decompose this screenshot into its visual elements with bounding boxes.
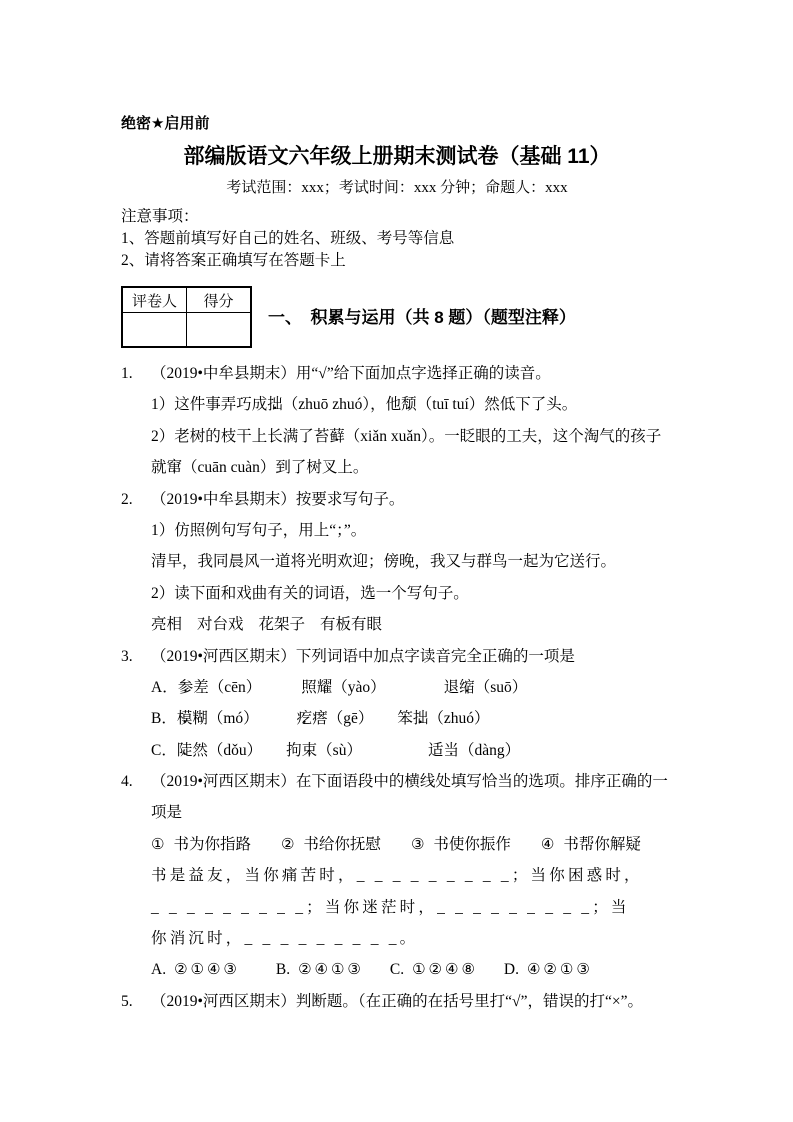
text-segment: ；当 [592,899,629,916]
spacer [519,973,527,974]
text-segment: 你消沉时， [151,930,245,947]
text-segment: 清早，我同晨风一道将光明欢迎；傍晚，我又与群鸟一起为它送行。 [151,553,616,570]
emphasis-dotted-char: 藓 [329,421,345,452]
text-segment: （2019•河西区期末）判断题。（在正确的在括号里打“√”，错误的打“×”。 [151,993,643,1010]
text-segment: C． [151,742,177,759]
spacer [362,754,428,755]
text-segment: （yào） [332,679,385,696]
text-segment: ；当你迷茫时， [306,899,437,916]
question-text: ①书为你指路②书给你抚慰③书使你振作④书帮你解疑 [151,836,641,853]
text-segment: _ _ _ _ _ _ _ _ _ [245,930,400,947]
emphasis-dotted-char: 参 [178,672,194,703]
question-stem: 2.（2019•中牟县期末）按要求写句子。 [121,484,673,515]
emphasis-dotted-char: 当 [443,735,459,766]
section-heading: 一、 积累与运用（共 8 题）（题型注释） [268,306,576,348]
text-segment: 适 [428,742,444,759]
emphasis-dotted-char: 耀 [317,672,333,703]
text-segment: 书是益友，当你痛苦时， [151,867,357,884]
question-text: 你消沉时，_ _ _ _ _ _ _ _ _。 [151,930,418,947]
question-number: 1. [121,358,151,389]
question-3: 3.（2019•河西区期末）下列词语中加点字读音完全正确的一项是A．参差（cēn… [121,641,673,767]
emphasis-dotted-char: 颓 [401,389,417,420]
question-line: B．模糊（mó）疙瘩（gē）笨拙（zhuó） [121,703,673,734]
questions-list: 1.（2019•中牟县期末）用“√”给下面加点字选择正确的读音。1）这件事弄巧成… [121,358,673,1017]
question-line: C．陡然（dǒu）拘束（sù）适当（dàng） [121,735,673,766]
text-segment: 瘩（gē） [312,710,373,727]
question-text: 2）老树的枝干上长满了苔藓（xiǎn xuǎn）。一眨眼的工夫，这个淘气的孩子 [151,428,661,445]
question-4: 4.（2019•河西区期末）在下面语段中的横线处填写恰当的选项。排序正确的一项是… [121,766,673,986]
text-segment: ②④①③ [298,960,364,978]
question-5: 5.（2019•河西区期末）判断题。（在正确的在括号里打“√”，错误的打“×”。 [121,986,673,1017]
text-segment: （zhuō zhuó），他 [283,396,401,413]
emphasis-dotted-char: 模 [177,703,193,734]
text-segment: 照 [301,679,317,696]
question-line: 书是益友，当你痛苦时，_ _ _ _ _ _ _ _ _；当你困惑时， [121,860,673,891]
emphasis-dotted-char: 束 [302,735,318,766]
question-text: C．陡然（dǒu）拘束（sù）适当（dàng） [151,742,520,759]
text-segment: 然（dǒu） [192,742,262,759]
spacer [404,973,412,974]
question-text: 项是 [151,804,182,821]
spacer [240,973,276,974]
score-table-cell-grader [122,313,187,348]
text-segment: 笨 [397,710,413,727]
score-table-value-row [122,313,251,348]
text-segment: （2019•中牟县期末）用“√”给下面加点字选择正确的读音。 [151,365,551,382]
text-segment: ① [151,835,167,853]
text-segment: 书为你指路 [173,836,251,853]
score-table: 评卷人 得分 [121,286,252,348]
text-segment: 糊（mó） [192,710,258,727]
question-line: 2）读下面和戏曲有关的词语，选一个写句子。 [121,578,673,609]
text-segment: 亮相 [151,616,182,633]
emphasis-dotted-char: 窜 [167,452,183,483]
text-segment: ①②④⑧ [412,960,478,978]
text-segment: 退 [444,679,460,696]
text-segment: （2019•河西区期末）下列词语中加点字读音完全正确的一项是 [151,648,575,665]
question-text: _ _ _ _ _ _ _ _ _；当你迷茫时，_ _ _ _ _ _ _ _ … [151,899,630,916]
text-segment: （xiǎn xuǎn）。一眨眼的工夫，这个淘气的孩子 [345,428,661,445]
grader-section: 评卷人 得分 一、 积累与运用（共 8 题）（题型注释） [121,286,673,348]
exam-document-page: 绝密★启用前 部编版语文六年级上册期末测试卷（基础 11） 考试范围：xxx；考… [0,0,793,1017]
question-text: （2019•中牟县期末）按要求写句子。 [151,484,404,515]
question-stem: 1.（2019•中牟县期末）用“√”给下面加点字选择正确的读音。 [121,358,673,389]
question-line: _ _ _ _ _ _ _ _ _；当你迷茫时，_ _ _ _ _ _ _ _ … [121,892,673,923]
text-segment: _ _ _ _ _ _ _ _ _ [151,899,306,916]
score-table-cell-score [187,313,252,348]
question-text: 1）这件事弄巧成拙（zhuō zhuó），他颓（tuī tuí）然低下了头。 [151,396,577,413]
spacer [381,848,411,849]
text-segment: 有板有眼 [320,616,382,633]
text-segment: （tuī tuí）然低下了头。 [417,396,578,413]
score-table-header-grader: 评卷人 [122,287,187,313]
text-segment: 2）读下面和戏曲有关的词语，选一个写句子。 [151,585,469,602]
text-segment: B． [151,710,177,727]
question-line: 就窜（cuān cuàn）到了树叉上。 [121,452,673,483]
question-line: 1）仿照例句写句子，用上“；”。 [121,515,673,546]
question-text: （2019•河西区期末）在下面语段中的横线处填写恰当的选项。排序正确的一 [151,766,668,797]
question-line: A．参差（cēn）照耀（yào）退缩（suō） [121,672,673,703]
question-line: 项是 [121,797,673,828]
question-text: （2019•中牟县期末）用“√”给下面加点字选择正确的读音。 [151,358,551,389]
text-segment: C. [390,961,404,978]
text-segment: A. [151,961,166,978]
text-segment: （cuān cuàn）到了树叉上。 [182,459,368,476]
note-item-2: 2、请将答案正确填写在答题卡上 [121,250,673,272]
question-line: A.②①④③B.②④①③C.①②④⑧D.④②①③ [121,954,673,985]
text-segment: （2019•中牟县期末）按要求写句子。 [151,491,404,508]
text-segment: 1）这件事弄巧成 [151,396,267,413]
question-2: 2.（2019•中牟县期末）按要求写句子。1）仿照例句写句子，用上“；”。清早，… [121,484,673,641]
text-segment: 书使你振作 [433,836,511,853]
question-text: 1）仿照例句写句子，用上“；”。 [151,522,366,539]
question-text: 就窜（cuān cuàn）到了树叉上。 [151,459,368,476]
page-title: 部编版语文六年级上册期末测试卷（基础 11） [121,143,673,171]
text-segment: 项是 [151,804,182,821]
spacer [262,754,286,755]
text-segment: 就 [151,459,167,476]
spacer [386,691,444,692]
question-line: 亮相对台戏花架子有板有眼 [121,609,673,640]
text-segment: （dàng） [459,742,520,759]
question-text: 清早，我同晨风一道将光明欢迎；傍晚，我又与群鸟一起为它送行。 [151,553,616,570]
spacer [364,973,390,974]
question-1: 1.（2019•中牟县期末）用“√”给下面加点字选择正确的读音。1）这件事弄巧成… [121,358,673,484]
exam-info-line: 考试范围：xxx；考试时间：xxx 分钟；命题人：xxx [121,178,673,199]
question-text: （2019•河西区期末）判断题。（在正确的在括号里打“√”，错误的打“×”。 [151,986,643,1017]
emphasis-dotted-char: 拙 [267,389,283,420]
text-segment: A． [151,679,178,696]
question-line: 你消沉时，_ _ _ _ _ _ _ _ _。 [121,923,673,954]
spacer [373,722,397,723]
question-text: A．参差（cēn）照耀（yào）退缩（suō） [151,679,527,696]
emphasis-dotted-char: 陡 [177,735,193,766]
spacer [244,628,259,629]
text-segment: 花架子 [259,616,306,633]
emphasis-dotted-char: 缩 [459,672,475,703]
text-segment: （2019•河西区期末）在下面语段中的横线处填写恰当的选项。排序正确的一 [151,773,668,790]
text-segment: ④ [541,835,557,853]
text-segment: （suō） [475,679,528,696]
text-segment: ③ [411,835,427,853]
spacer [305,628,320,629]
question-stem: 5.（2019•河西区期末）判断题。（在正确的在括号里打“√”，错误的打“×”。 [121,986,673,1017]
spacer [261,691,301,692]
text-segment: B. [276,961,290,978]
score-table-header-score: 得分 [187,287,252,313]
emphasis-dotted-char: 疙 [297,703,313,734]
spacer [478,973,504,974]
note-item-1: 1、答题前填写好自己的姓名、班级、考号等信息 [121,228,673,250]
question-number: 3. [121,641,151,672]
question-text: B．模糊（mó）疙瘩（gē）笨拙（zhuó） [151,710,490,727]
text-segment: 书给你抚慰 [303,836,381,853]
question-line: ①书为你指路②书给你抚慰③书使你振作④书帮你解疑 [121,829,673,860]
text-segment: _ _ _ _ _ _ _ _ _ [437,899,592,916]
text-segment: ② [281,835,297,853]
question-number: 5. [121,986,151,1017]
text-segment: D. [504,961,519,978]
text-segment: 2）老树的枝干上长满了苔 [151,428,329,445]
text-segment: ②①④③ [174,960,240,978]
spacer [182,628,197,629]
text-segment: ④②①③ [527,960,593,978]
text-segment: 差（cēn） [193,679,261,696]
text-segment: 拘 [286,742,302,759]
spacer [511,848,541,849]
question-number: 2. [121,484,151,515]
notes-heading: 注意事项： [121,206,673,228]
spacer [251,848,281,849]
question-number: 4. [121,766,151,797]
classification-label: 绝密★启用前 [121,114,673,134]
question-text: （2019•河西区期末）下列词语中加点字读音完全正确的一项是 [151,641,575,672]
text-segment: 对台戏 [197,616,244,633]
question-line: 2）老树的枝干上长满了苔藓（xiǎn xuǎn）。一眨眼的工夫，这个淘气的孩子 [121,421,673,452]
text-segment: _ _ _ _ _ _ _ _ _ [357,867,512,884]
text-segment: ；当你困惑时， [512,867,643,884]
question-text: 亮相对台戏花架子有板有眼 [151,616,382,633]
question-line: 1）这件事弄巧成拙（zhuō zhuó），他颓（tuī tuí）然低下了头。 [121,389,673,420]
question-line: 清早，我同晨风一道将光明欢迎；傍晚，我又与群鸟一起为它送行。 [121,546,673,577]
question-text: 2）读下面和戏曲有关的词语，选一个写句子。 [151,585,469,602]
text-segment: （zhuó） [428,710,489,727]
question-text: A.②①④③B.②④①③C.①②④⑧D.④②①③ [151,961,593,978]
spacer [290,973,298,974]
text-segment: 书帮你解疑 [563,836,641,853]
question-stem: 4.（2019•河西区期末）在下面语段中的横线处填写恰当的选项。排序正确的一 [121,766,673,797]
text-segment: （sù） [317,742,362,759]
spacer [259,722,297,723]
spacer [166,973,174,974]
emphasis-dotted-char: 拙 [413,703,429,734]
text-segment: 1）仿照例句写句子，用上“；”。 [151,522,366,539]
question-text: 书是益友，当你痛苦时，_ _ _ _ _ _ _ _ _；当你困惑时， [151,867,643,884]
score-table-header-row: 评卷人 得分 [122,287,251,313]
text-segment: 。 [400,930,419,947]
question-stem: 3.（2019•河西区期末）下列词语中加点字读音完全正确的一项是 [121,641,673,672]
